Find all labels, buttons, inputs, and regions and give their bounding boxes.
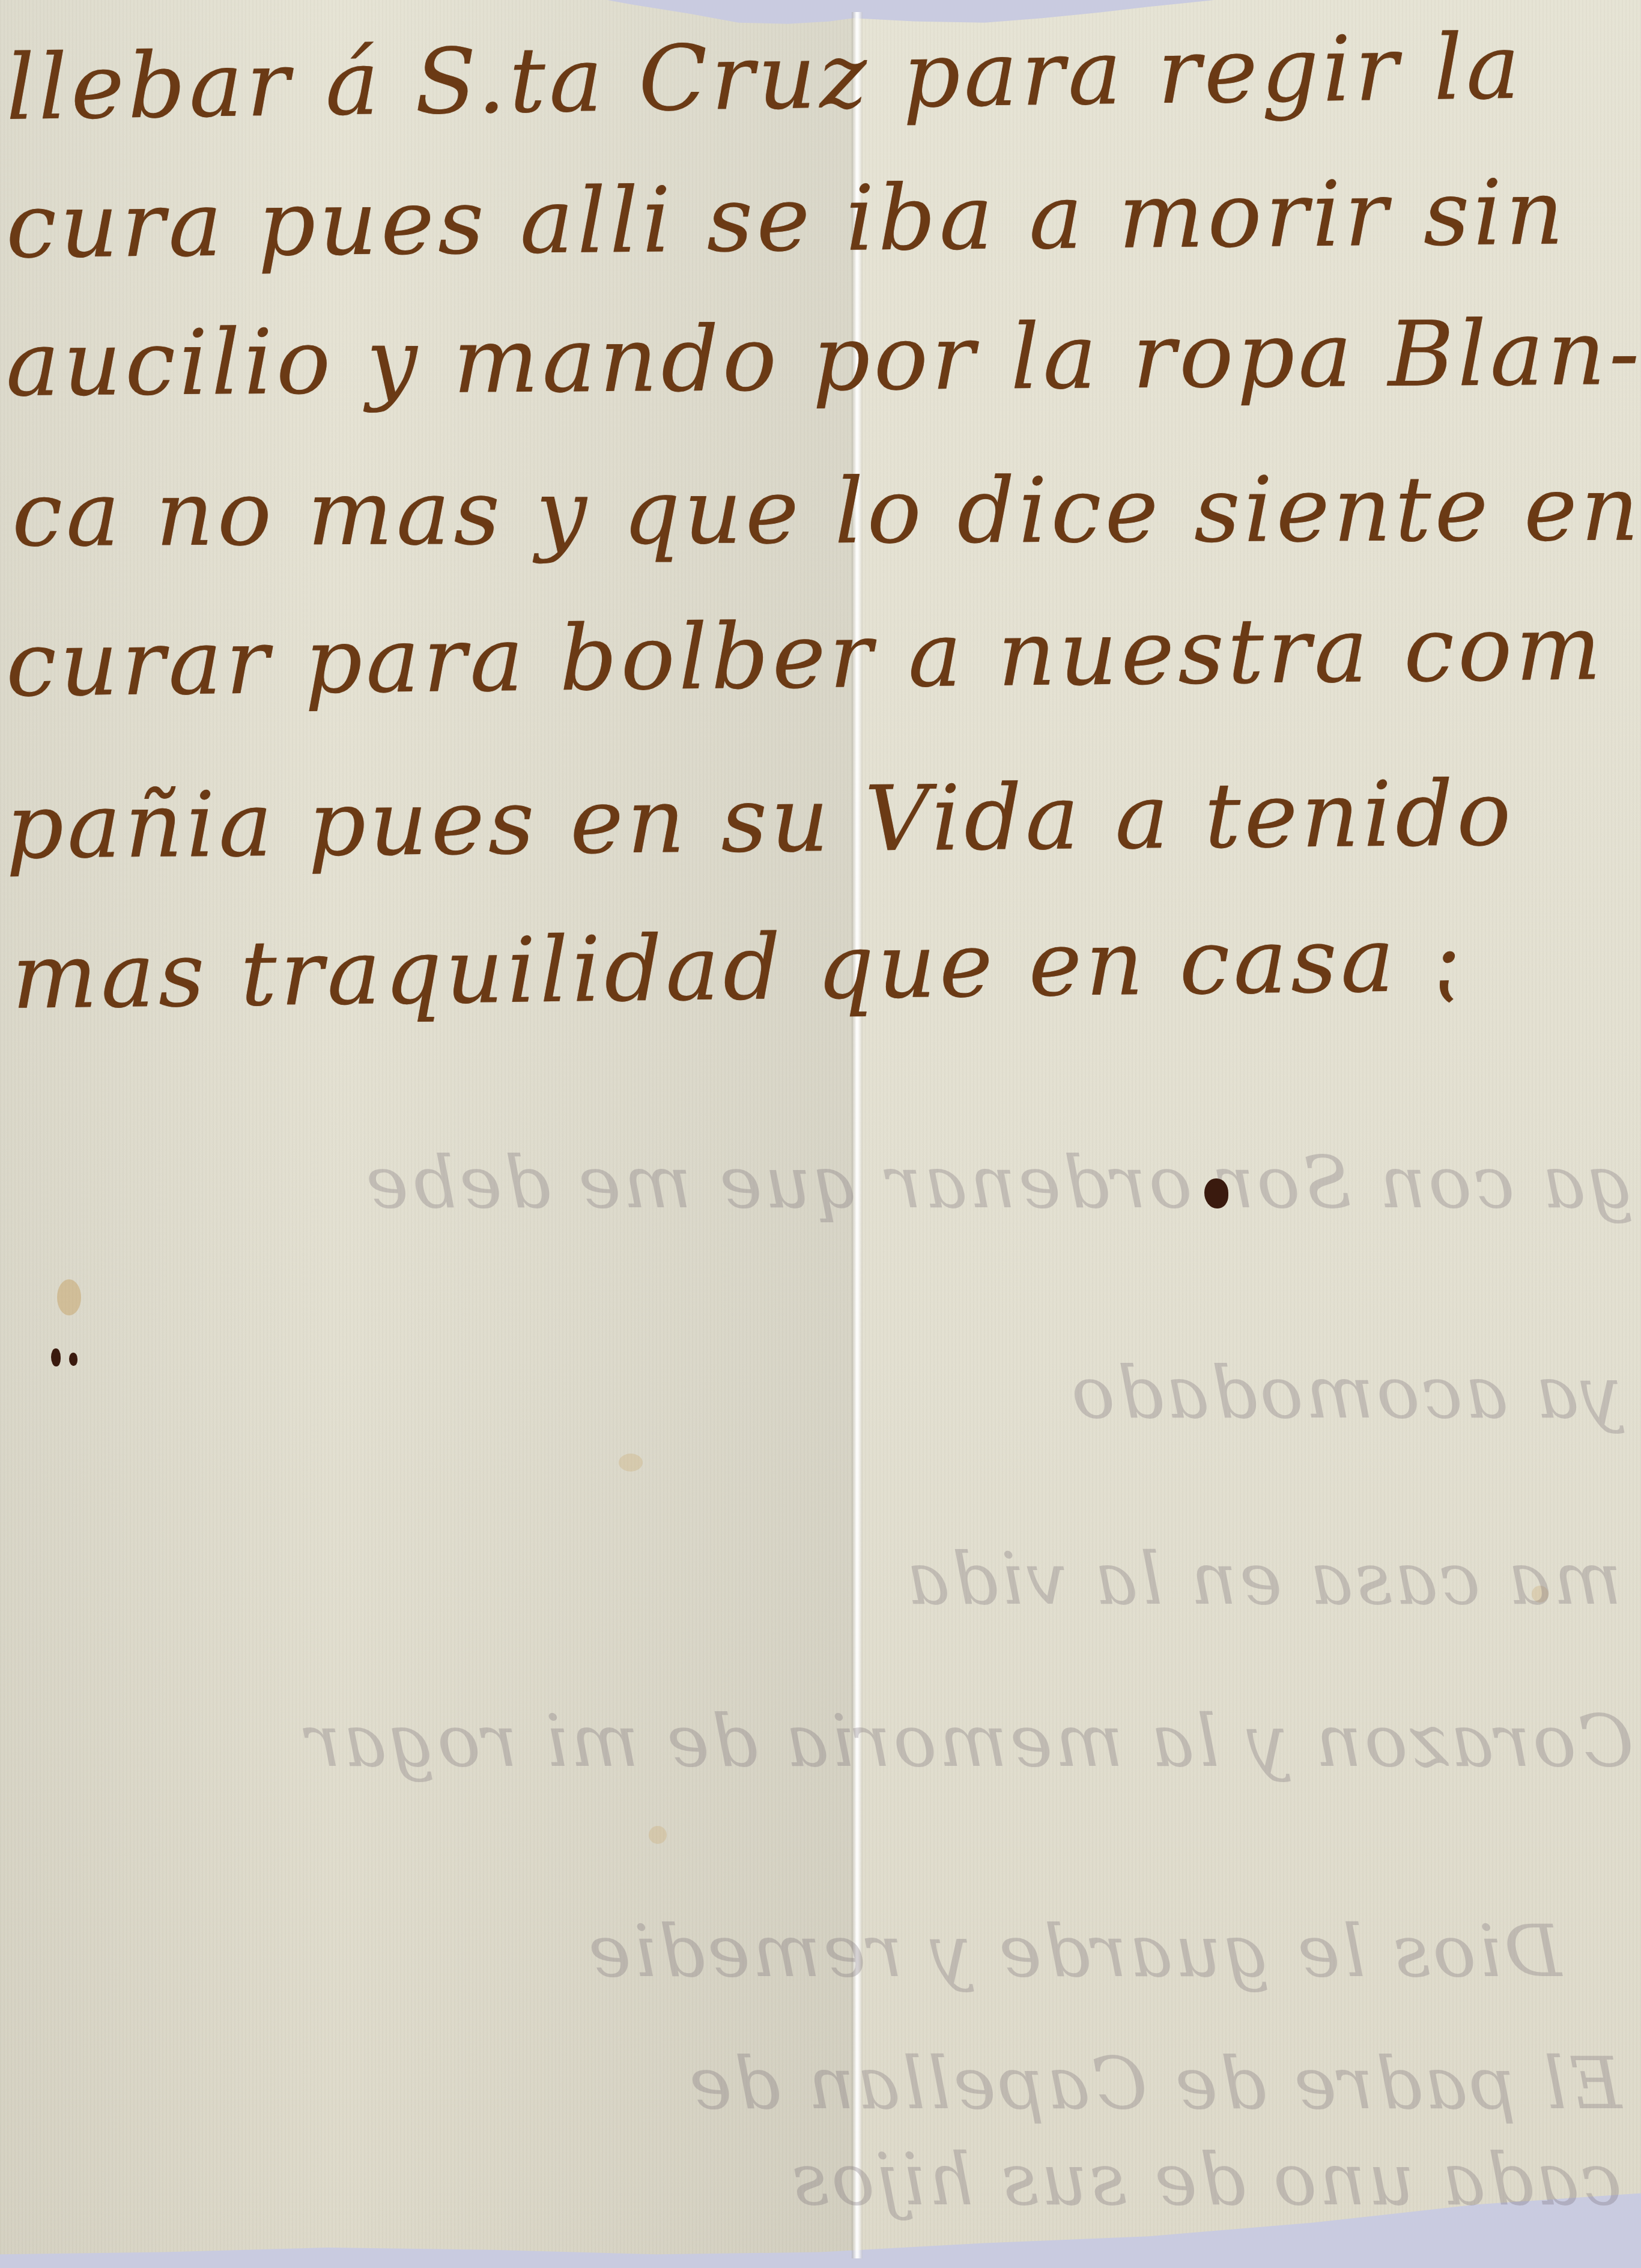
manuscript-line-3: aucilio y mando por la ropa Blan- [5, 301, 1641, 417]
handwritten-text: llebar á S.ta Cruz para regir la cura pu… [0, 0, 1641, 2268]
manuscript-line-4: ca no mas y que lo dice siente en no [12, 456, 1641, 567]
manuscript-line-7: mas traquilidad que en casa ⁏ [11, 907, 1465, 1029]
manuscript-line-1: llebar á S.ta Cruz para regir la [5, 15, 1524, 141]
manuscript-line-5: curar para bolber a nuestra com [5, 596, 1605, 717]
manuscript-line-6: pañia pues en su Vida a tenido [5, 762, 1515, 879]
manuscript-line-2: cura pues alli se iba a morir sin [5, 160, 1568, 279]
